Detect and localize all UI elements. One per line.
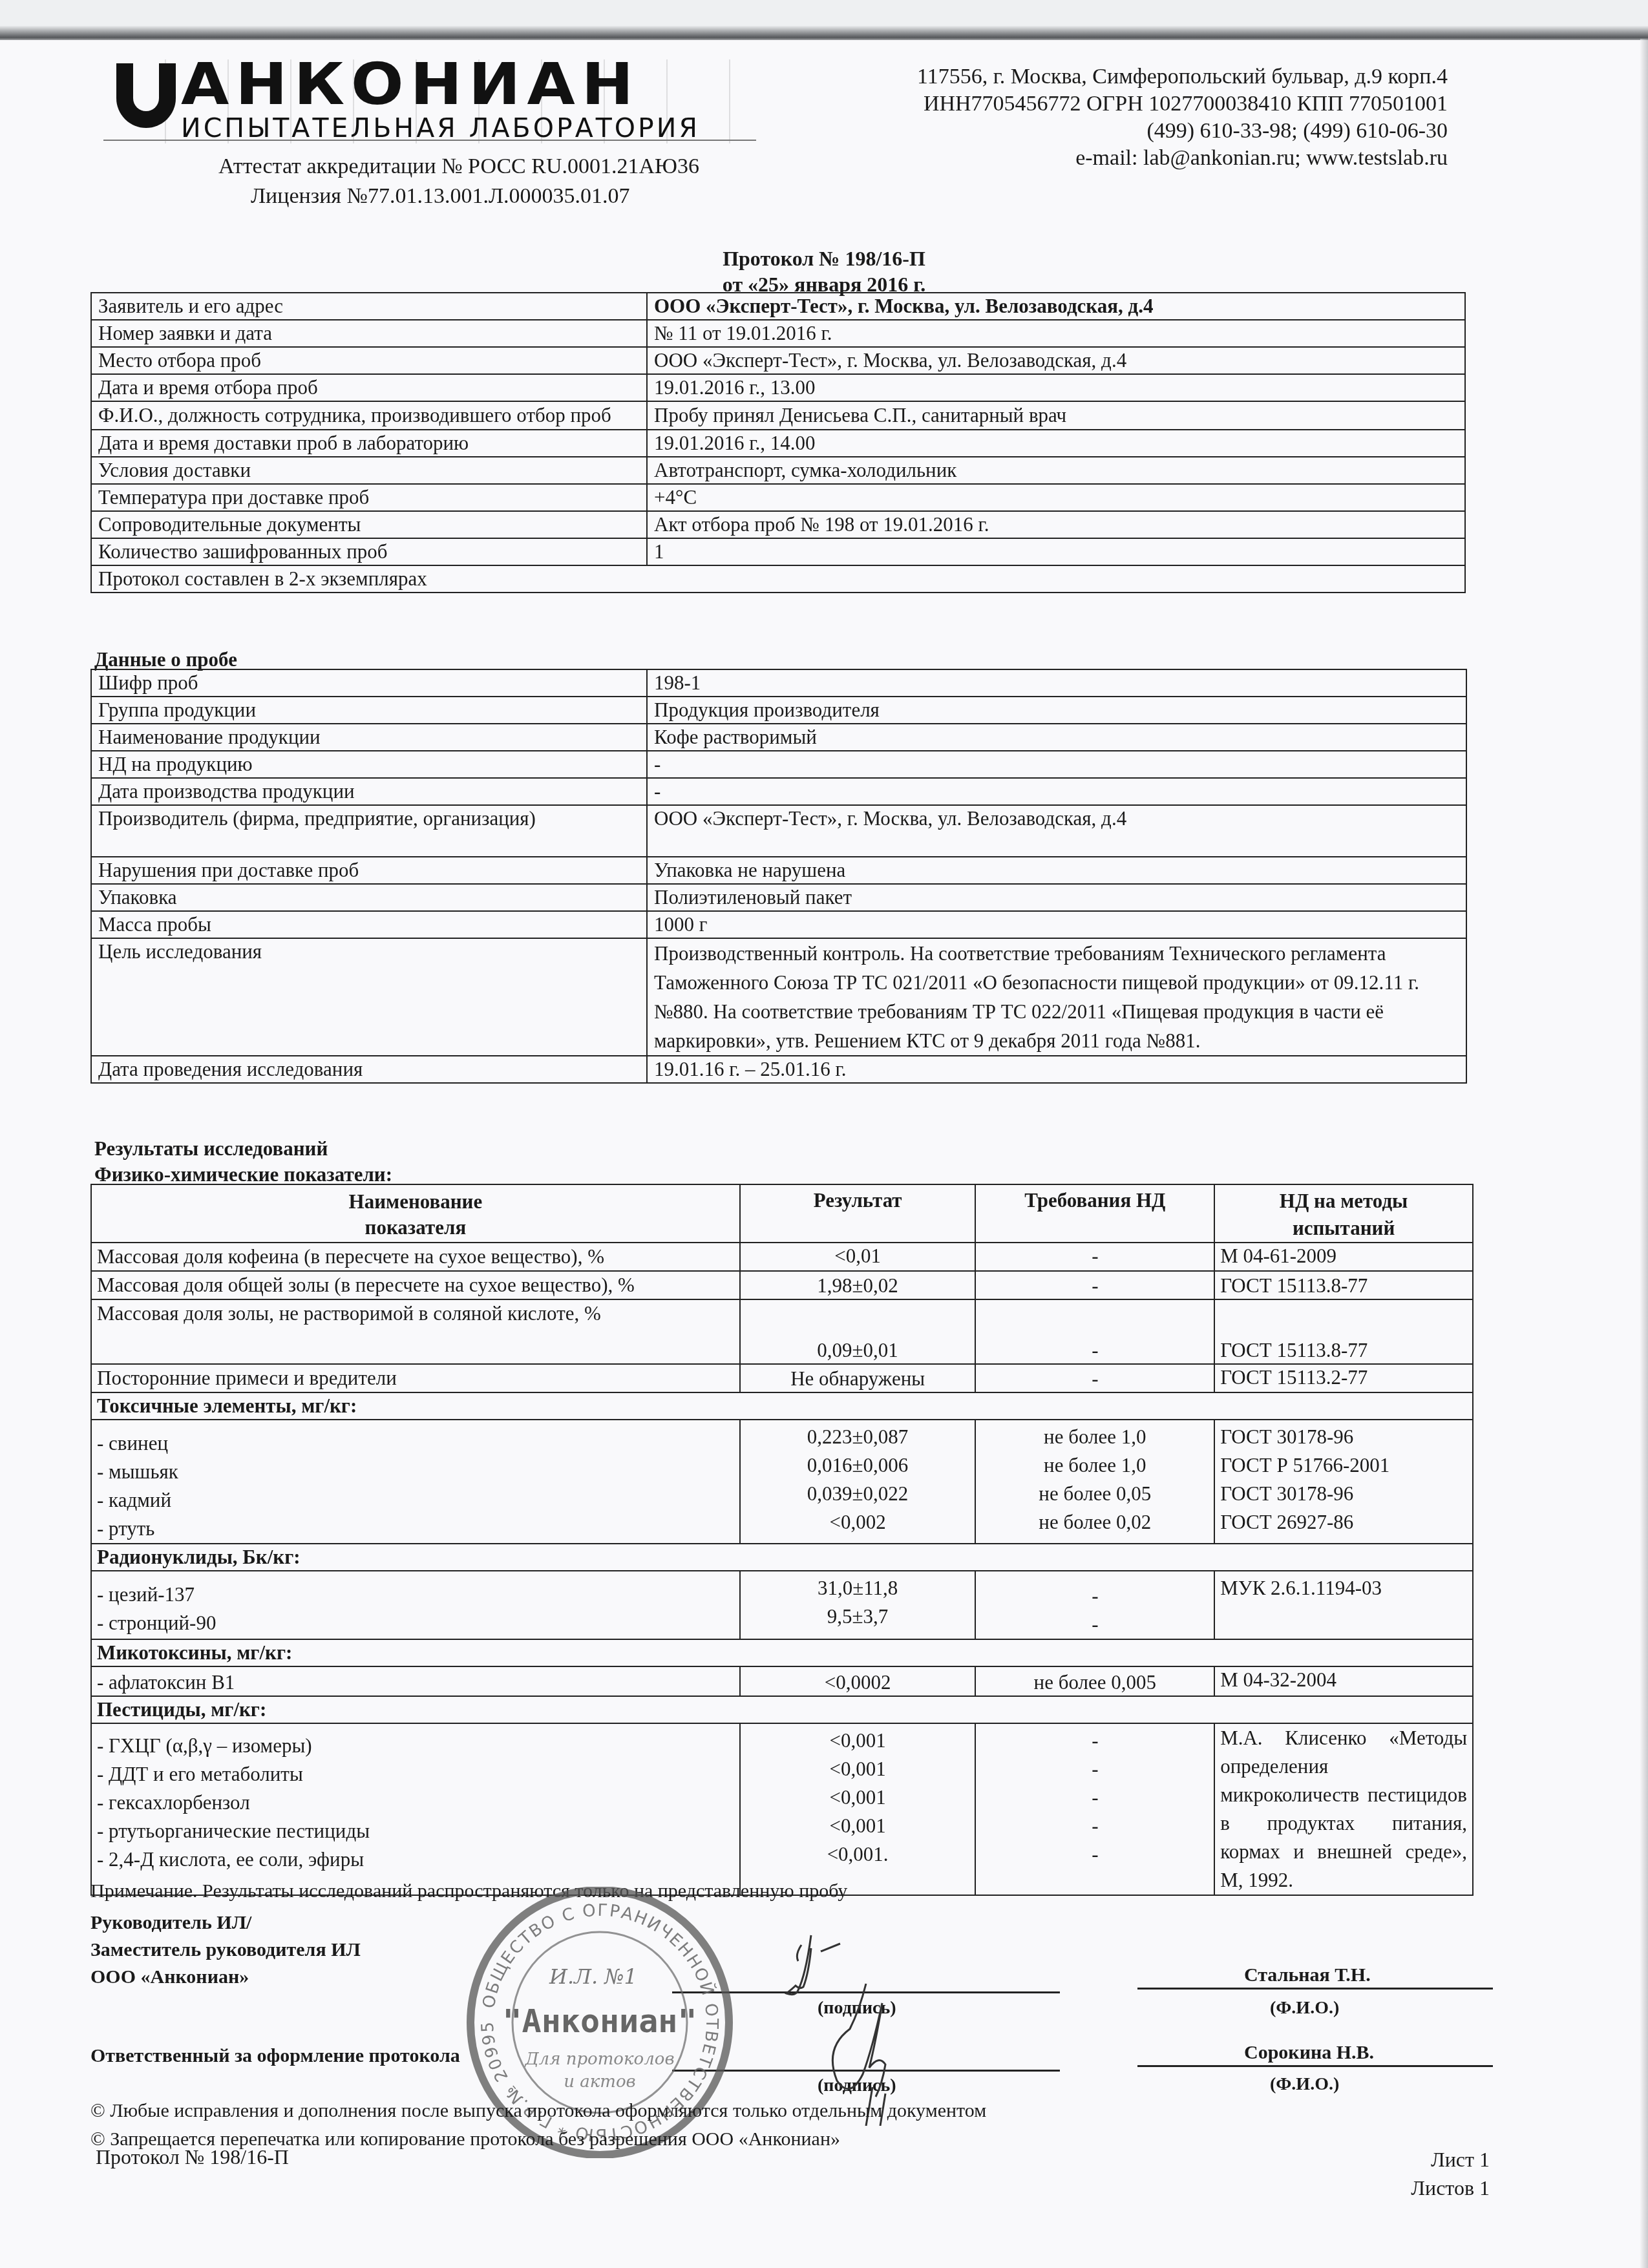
- toxic-result: <0,002: [746, 1508, 970, 1537]
- sample-value: -: [647, 751, 1466, 778]
- general-info-table: Заявитель и его адрес ООО «Эксперт-Тест»…: [90, 292, 1466, 593]
- pest-names: - ГХЦГ (α,β,γ – изомеры)- ДДТ и его мета…: [91, 1723, 740, 1895]
- sample-info-row: Группа продукции Продукция производителя: [91, 697, 1466, 724]
- results-subtitle: Физико-химические показатели:: [94, 1163, 392, 1186]
- myco-name: - афлатоксин В1: [91, 1666, 740, 1696]
- footnote-corrections: © Любые исправления и дополнения после в…: [90, 2097, 986, 2125]
- radio-result: 31,0±11,8: [746, 1574, 970, 1602]
- lab-logo: АНКОНИАН ИСПЫТАТЕЛЬНАЯ ЛАБОРАТОРИЯ: [103, 59, 756, 143]
- pest-result: <0,001: [746, 1783, 970, 1812]
- myco-group-row: Микотоксины, мг/кг:: [91, 1639, 1473, 1666]
- info-value: Автотранспорт, сумка-холодильник: [647, 457, 1465, 484]
- indicator-requirement: -: [975, 1271, 1214, 1299]
- general-info-row: Заявитель и его адрес ООО «Эксперт-Тест»…: [91, 293, 1465, 320]
- indicator-name: Посторонние примеси и вредители: [91, 1364, 740, 1392]
- radio-req: -: [981, 1582, 1209, 1610]
- radio-req: -: [981, 1610, 1209, 1639]
- logo-subtitle: ИСПЫТАТЕЛЬНАЯ ЛАБОРАТОРИЯ: [181, 115, 700, 142]
- footer-protocol-ref: Протокол № 198/16-П: [96, 2145, 289, 2169]
- radio-items-row: - цезий-137- стронций-90 31,0±11,89,5±3,…: [91, 1571, 1473, 1639]
- results-title: Результаты исследований: [94, 1137, 328, 1160]
- head-signatory-title: Руководитель ИЛ/ Заместитель руководител…: [90, 1909, 361, 1991]
- pest-req: -: [981, 1812, 1209, 1840]
- pest-req: -: [981, 1727, 1209, 1755]
- pest-result: <0,001: [746, 1755, 970, 1783]
- info-label: Сопроводительные документы: [91, 511, 647, 538]
- sample-label: НД на продукцию: [91, 751, 647, 778]
- sample-value: ООО «Эксперт-Тест», г. Москва, ул. Велоз…: [647, 805, 1466, 857]
- sample-info-row: Наименование продукции Кофе растворимый: [91, 724, 1466, 751]
- protocol-number: Протокол № 198/16-П: [0, 246, 1648, 271]
- toxic-result: 0,223±0,087: [746, 1423, 970, 1451]
- info-label: Количество зашифрованных проб: [91, 538, 647, 565]
- svg-text:Для протоколов: Для протоколов: [524, 2050, 674, 2069]
- head-name: Стальная Т.Н.: [1244, 1964, 1371, 1986]
- responsible-title: Ответственный за оформление протокола: [90, 2045, 460, 2067]
- sample-label: Нарушения при доставке проб: [91, 857, 647, 884]
- sample-info-row: Упаковка Полиэтиленовый пакет: [91, 884, 1466, 911]
- sample-label: Упаковка: [91, 884, 647, 911]
- copies-note-row: Протокол составлен в 2-х экземплярах: [91, 565, 1465, 593]
- toxic-result: 0,039±0,022: [746, 1480, 970, 1508]
- results-table: Наименование показателя Результат Требов…: [90, 1184, 1474, 1896]
- indicator-name: Массовая доля золы, не растворимой в сол…: [91, 1299, 740, 1364]
- sample-value: Производственный контроль. На соответств…: [647, 938, 1466, 1056]
- info-value: Пробу принял Денисьева С.П., санитарный …: [647, 401, 1465, 430]
- general-info-row: Температура при доставке проб +4°С: [91, 484, 1465, 511]
- indicator-method: М 04-61-2009: [1214, 1243, 1473, 1271]
- sample-label: Цель исследования: [91, 938, 647, 1056]
- indicator-method: ГОСТ 15113.2-77: [1214, 1364, 1473, 1392]
- group-title: Микотоксины, мг/кг:: [91, 1639, 1473, 1666]
- sample-section-title: Данные о пробе: [94, 648, 237, 671]
- toxic-method: ГОСТ 30178-96: [1220, 1423, 1467, 1451]
- pest-name: - ДДТ и его метаболиты: [97, 1760, 734, 1789]
- sample-value: Продукция производителя: [647, 697, 1466, 724]
- toxic-name: - свинец: [97, 1429, 734, 1458]
- license-number: Лицензия №77.01.13.001.Л.000035.01.07: [218, 182, 699, 211]
- physchem-row: Массовая доля общей золы (в пересчете на…: [91, 1271, 1473, 1299]
- info-label: Ф.И.О., должность сотрудника, производив…: [91, 401, 647, 430]
- copies-note: Протокол составлен в 2-х экземплярах: [91, 565, 1465, 593]
- info-value: 19.01.2016 г., 14.00: [647, 430, 1465, 457]
- radio-group-row: Радионуклиды, Бк/кг:: [91, 1544, 1473, 1571]
- responsible-fio-line: [1137, 2065, 1493, 2067]
- group-title: Пестициды, мг/кг:: [91, 1696, 1473, 1723]
- pest-name: - ртутьорганические пестициды: [97, 1817, 734, 1845]
- pest-items-row: - ГХЦГ (α,β,γ – изомеры)- ДДТ и его мета…: [91, 1723, 1473, 1895]
- info-value: +4°С: [647, 484, 1465, 511]
- toxic-names: - свинец- мышьяк- кадмий- ртуть: [91, 1420, 740, 1544]
- toxic-requirements: не более 1,0не более 1,0не более 0,05не …: [975, 1420, 1214, 1544]
- pest-group-row: Пестициды, мг/кг:: [91, 1696, 1473, 1723]
- pest-name: - 2,4-Д кислота, ее соли, эфиры: [97, 1845, 734, 1874]
- info-value: ООО «Эксперт-Тест», г. Москва, ул. Велоз…: [647, 293, 1465, 320]
- toxic-name: - кадмий: [97, 1486, 734, 1515]
- col-header-requirement: Требования НД: [975, 1184, 1214, 1243]
- sample-label: Группа продукции: [91, 697, 647, 724]
- indicator-result: <0,01: [740, 1243, 976, 1271]
- sample-info-row: Дата проведения исследования 19.01.16 г.…: [91, 1056, 1466, 1083]
- sample-value: 1000 г: [647, 911, 1466, 938]
- logo-name: АНКОНИАН: [181, 56, 640, 112]
- sample-label: Дата проведения исследования: [91, 1056, 647, 1083]
- sample-info-row: Дата производства продукции -: [91, 778, 1466, 805]
- indicator-name: Массовая доля кофеина (в пересчете на су…: [91, 1243, 740, 1271]
- protocol-title: Протокол № 198/16-П от «25» января 2016 …: [0, 246, 1648, 297]
- sample-label: Производитель (фирма, предприятие, орган…: [91, 805, 647, 857]
- accreditation-number: Аттестат аккредитации № РОСС RU.0001.21А…: [218, 152, 699, 182]
- toxic-method: ГОСТ 26927-86: [1220, 1508, 1467, 1537]
- pest-requirements: -----: [975, 1723, 1214, 1895]
- sample-value: -: [647, 778, 1466, 805]
- info-label: Номер заявки и дата: [91, 320, 647, 347]
- page-number: Лист 1 Листов 1: [1411, 2145, 1490, 2202]
- toxic-result: 0,016±0,006: [746, 1451, 970, 1480]
- head-title-line-2: Заместитель руководителя ИЛ: [90, 1937, 361, 1964]
- toxic-name: - мышьяк: [97, 1458, 734, 1486]
- pest-result: <0,001: [746, 1727, 970, 1755]
- sample-label: Наименование продукции: [91, 724, 647, 751]
- general-info-row: Дата и время отбора проб 19.01.2016 г., …: [91, 374, 1465, 401]
- svg-text:"Анкониан": "Анкониан": [502, 2002, 697, 2040]
- physchem-row: Посторонние примеси и вредители Не обнар…: [91, 1364, 1473, 1392]
- logo-mark-cut: [141, 63, 158, 101]
- sample-info-row: Нарушения при доставке проб Упаковка не …: [91, 857, 1466, 884]
- indicator-result: Не обнаружены: [740, 1364, 976, 1392]
- head-title-line-1: Руководитель ИЛ/: [90, 1909, 361, 1937]
- info-label: Заявитель и его адрес: [91, 293, 647, 320]
- pest-req: -: [981, 1755, 1209, 1783]
- pest-result: <0,001.: [746, 1840, 970, 1869]
- info-label: Условия доставки: [91, 457, 647, 484]
- sample-info-row: НД на продукцию -: [91, 751, 1466, 778]
- lab-address: 117556, г. Москва, Симферопольский бульв…: [917, 63, 1448, 90]
- indicator-requirement: -: [975, 1299, 1214, 1364]
- toxic-method: ГОСТ Р 51766-2001: [1220, 1451, 1467, 1480]
- myco-requirement: не более 0,005: [975, 1666, 1214, 1696]
- info-label: Температура при доставке проб: [91, 484, 647, 511]
- pest-results: <0,001<0,001<0,001<0,001<0,001.: [740, 1723, 976, 1895]
- sample-value: Кофе растворимый: [647, 724, 1466, 751]
- svg-text:и актов: и актов: [564, 2072, 635, 2092]
- radio-result: 9,5±3,7: [746, 1602, 970, 1631]
- results-header-row: Наименование показателя Результат Требов…: [91, 1184, 1473, 1243]
- lab-requisites: ИНН7705456772 ОГРН 1027700038410 КПП 770…: [917, 90, 1448, 118]
- radio-results: 31,0±11,89,5±3,7: [740, 1571, 976, 1639]
- sample-value: 19.01.16 г. – 25.01.16 г.: [647, 1056, 1466, 1083]
- lab-phones: (499) 610-33-98; (499) 610-06-30: [917, 118, 1448, 145]
- pest-result: <0,001: [746, 1812, 970, 1840]
- radio-name: - цезий-137: [97, 1580, 734, 1609]
- myco-method: М 04-32-2004: [1214, 1666, 1473, 1696]
- toxic-req: не более 1,0: [981, 1451, 1209, 1480]
- info-value: 19.01.2016 г., 13.00: [647, 374, 1465, 401]
- info-value: ООО «Эксперт-Тест», г. Москва, ул. Велоз…: [647, 347, 1465, 374]
- sample-info-row: Цель исследования Производственный контр…: [91, 938, 1466, 1056]
- general-info-row: Место отбора проб ООО «Эксперт-Тест», г.…: [91, 347, 1465, 374]
- toxic-req: не более 0,02: [981, 1508, 1209, 1537]
- radio-requirements: --: [975, 1571, 1214, 1639]
- info-value: Акт отбора проб № 198 от 19.01.2016 г.: [647, 511, 1465, 538]
- toxic-results: 0,223±0,0870,016±0,0060,039±0,022<0,002: [740, 1420, 976, 1544]
- pest-req: -: [981, 1840, 1209, 1869]
- sample-value: Полиэтиленовый пакет: [647, 884, 1466, 911]
- sample-info-table: Шифр проб 198-1Группа продукции Продукци…: [90, 669, 1467, 1084]
- general-info-row: Количество зашифрованных проб 1: [91, 538, 1465, 565]
- sample-value: Упаковка не нарушена: [647, 857, 1466, 884]
- radio-method: МУК 2.6.1.1194-03: [1214, 1571, 1473, 1639]
- sample-info-row: Производитель (фирма, предприятие, орган…: [91, 805, 1466, 857]
- pest-name: - гексахлорбензол: [97, 1789, 734, 1817]
- toxic-name: - ртуть: [97, 1515, 734, 1543]
- group-title: Радионуклиды, Бк/кг:: [91, 1544, 1473, 1571]
- sheet-number: Лист 1: [1411, 2145, 1490, 2174]
- info-value: № 11 от 19.01.2016 г.: [647, 320, 1465, 347]
- radio-name: - стронций-90: [97, 1609, 734, 1637]
- responsible-fio-caption: (Ф.И.О.): [1270, 2074, 1339, 2095]
- toxic-methods: ГОСТ 30178-96ГОСТ Р 51766-2001ГОСТ 30178…: [1214, 1420, 1473, 1544]
- sample-value: 198-1: [647, 669, 1466, 697]
- col-header-name: Наименование показателя: [91, 1184, 740, 1243]
- indicator-requirement: -: [975, 1243, 1214, 1271]
- physchem-row: Массовая доля золы, не растворимой в сол…: [91, 1299, 1473, 1364]
- general-info-row: Условия доставки Автотранспорт, сумка-хо…: [91, 457, 1465, 484]
- radio-names: - цезий-137- стронций-90: [91, 1571, 740, 1639]
- general-info-row: Ф.И.О., должность сотрудника, производив…: [91, 401, 1465, 430]
- sample-label: Масса пробы: [91, 911, 647, 938]
- group-title: Токсичные элементы, мг/кг:: [91, 1392, 1473, 1420]
- sample-info-row: Масса пробы 1000 г: [91, 911, 1466, 938]
- lab-email-web: e-mail: lab@ankonian.ru; www.testslab.ru: [917, 145, 1448, 172]
- scan-edge-right: [1640, 39, 1648, 2268]
- info-label: Место отбора проб: [91, 347, 647, 374]
- info-label: Дата и время доставки проб в лабораторию: [91, 430, 647, 457]
- responsible-name: Сорокина Н.В.: [1244, 2042, 1374, 2064]
- sample-info-row: Шифр проб 198-1: [91, 669, 1466, 697]
- toxic-items-row: - свинец- мышьяк- кадмий- ртуть 0,223±0,…: [91, 1420, 1473, 1544]
- logo-underline: [103, 140, 756, 141]
- col-header-result: Результат: [740, 1184, 976, 1243]
- col-header-method: НД на методы испытаний: [1214, 1184, 1473, 1243]
- general-info-row: Сопроводительные документы Акт отбора пр…: [91, 511, 1465, 538]
- indicator-name: Массовая доля общей золы (в пересчете на…: [91, 1271, 740, 1299]
- toxic-group-row: Токсичные элементы, мг/кг:: [91, 1392, 1473, 1420]
- pest-method: М.А. Клисенко «Методы определения микрок…: [1214, 1723, 1473, 1895]
- head-fio-caption: (Ф.И.О.): [1270, 1998, 1339, 2019]
- sheets-total: Листов 1: [1411, 2174, 1490, 2202]
- indicator-result: 1,98±0,02: [740, 1271, 976, 1299]
- accreditation-block: Аттестат аккредитации № РОСС RU.0001.21А…: [218, 152, 699, 211]
- myco-items-row: - афлатоксин В1 <0,0002 не более 0,005 М…: [91, 1666, 1473, 1696]
- myco-result: <0,0002: [740, 1666, 976, 1696]
- indicator-method: ГОСТ 15113.8-77: [1214, 1271, 1473, 1299]
- toxic-req: не более 1,0: [981, 1423, 1209, 1451]
- sample-label: Дата производства продукции: [91, 778, 647, 805]
- svg-text:И.Л. №1: И.Л. №1: [549, 1964, 637, 1989]
- toxic-method: ГОСТ 30178-96: [1220, 1480, 1467, 1508]
- physchem-row: Массовая доля кофеина (в пересчете на су…: [91, 1243, 1473, 1271]
- indicator-requirement: -: [975, 1364, 1214, 1392]
- pest-name: - ГХЦГ (α,β,γ – изомеры): [97, 1732, 734, 1760]
- info-label: Дата и время отбора проб: [91, 374, 647, 401]
- head-fio-line: [1137, 1988, 1493, 1990]
- contacts-block: 117556, г. Москва, Симферопольский бульв…: [917, 63, 1448, 172]
- indicator-method: ГОСТ 15113.8-77: [1214, 1299, 1473, 1364]
- toxic-req: не более 0,05: [981, 1480, 1209, 1508]
- general-info-row: Дата и время доставки проб в лабораторию…: [91, 430, 1465, 457]
- sample-label: Шифр проб: [91, 669, 647, 697]
- info-value: 1: [647, 538, 1465, 565]
- indicator-result: 0,09±0,01: [740, 1299, 976, 1364]
- pest-req: -: [981, 1783, 1209, 1812]
- head-title-line-3: ООО «Анкониан»: [90, 1964, 361, 1991]
- general-info-row: Номер заявки и дата № 11 от 19.01.2016 г…: [91, 320, 1465, 347]
